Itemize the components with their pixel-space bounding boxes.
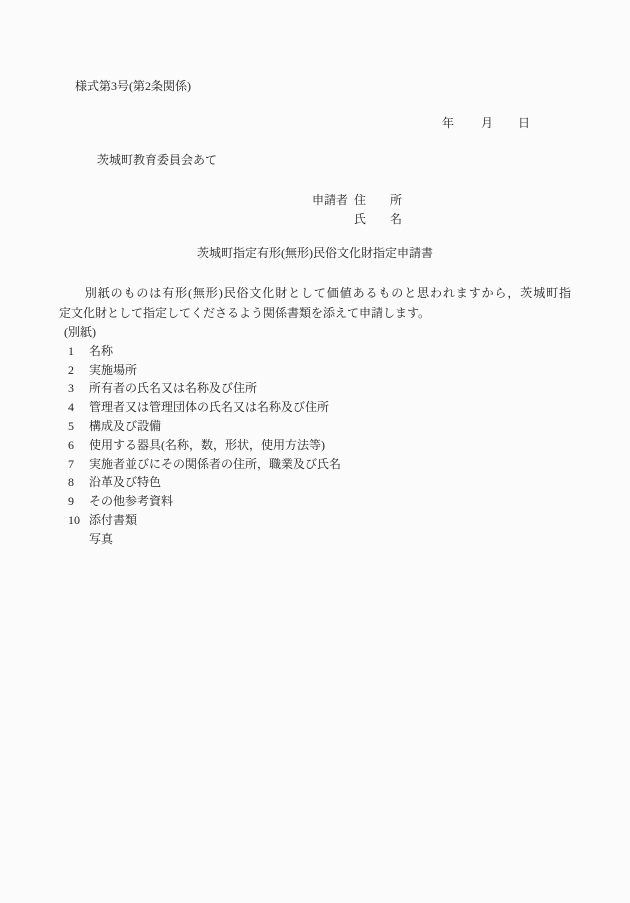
applicant-name-label: 氏 名	[354, 211, 402, 227]
list-item-text: 構成及び設備	[89, 419, 161, 433]
list-item-number: 8	[68, 473, 89, 492]
list-item-text: 沿革及び特色	[89, 475, 161, 489]
list-item-text: 所有者の氏名又は名称及び住所	[89, 381, 257, 395]
list-item: 2実施場所	[59, 361, 571, 380]
list-item: 5構成及び設備	[59, 417, 571, 436]
list-item-text: 管理者又は管理団体の氏名又は名称及び住所	[89, 400, 329, 414]
list-item-text: 使用する器具(名称，数，形状，使用方法等)	[89, 438, 325, 452]
date-year-label: 年	[442, 115, 454, 131]
list-item-number: 7	[68, 455, 89, 474]
date-day-label: 日	[518, 115, 530, 131]
list-item: 7実施者並びにその関係者の住所，職業及び氏名	[59, 455, 571, 474]
list-item: 8沿革及び特色	[59, 473, 571, 492]
addressee-label: 茨城町教育委員会あて	[97, 152, 217, 168]
list-item-number: 4	[68, 398, 89, 417]
list-item-number: 10	[68, 511, 89, 530]
appendix-list: (別紙) 1名称 2実施場所 3所有者の氏名又は名称及び住所 4管理者又は管理団…	[59, 323, 571, 549]
list-item: 9その他参考資料	[59, 492, 571, 511]
appendix-items: 1名称 2実施場所 3所有者の氏名又は名称及び住所 4管理者又は管理団体の氏名又…	[59, 342, 571, 530]
body-paragraph-line2: 定文化財として指定してくださるよう関係書類を添えて申請します。	[59, 304, 571, 324]
list-item-number: 3	[68, 379, 89, 398]
applicant-address-label: 住 所	[354, 192, 402, 208]
list-item-number: 2	[68, 361, 89, 380]
document-page: 様式第3号(第2条関係) 年 月 日 茨城町教育委員会あて 申請者 住 所 氏 …	[0, 0, 630, 903]
list-item-text: 実施者並びにその関係者の住所，職業及び氏名	[89, 457, 341, 471]
list-item-text: 添付書類	[89, 513, 137, 527]
list-item: 1名称	[59, 342, 571, 361]
list-item-number: 6	[68, 436, 89, 455]
body-paragraph-line1: 別紙のものは有形(無形)民俗文化財として価値あるものと思われますから，茨城町指	[59, 284, 571, 304]
list-item-text: 名称	[89, 344, 113, 358]
form-number-label: 様式第3号(第2条関係)	[75, 78, 191, 94]
document-title: 茨城町指定有形(無形)民俗文化財指定申請書	[0, 245, 630, 261]
list-item-text: その他参考資料	[89, 494, 173, 508]
appendix-sub-item: 写真	[59, 530, 571, 549]
date-month-label: 月	[481, 115, 493, 131]
list-item-number: 9	[68, 492, 89, 511]
appendix-label: (別紙)	[59, 323, 571, 342]
applicant-label: 申請者	[312, 192, 348, 208]
list-item-number: 1	[68, 342, 89, 361]
list-item: 6使用する器具(名称，数，形状，使用方法等)	[59, 436, 571, 455]
list-item-number: 5	[68, 417, 89, 436]
body-paragraph: 別紙のものは有形(無形)民俗文化財として価値あるものと思われますから，茨城町指 …	[59, 284, 571, 323]
list-item: 3所有者の氏名又は名称及び住所	[59, 379, 571, 398]
list-item-text: 実施場所	[89, 363, 137, 377]
list-item: 4管理者又は管理団体の氏名又は名称及び住所	[59, 398, 571, 417]
list-item: 10添付書類	[59, 511, 571, 530]
